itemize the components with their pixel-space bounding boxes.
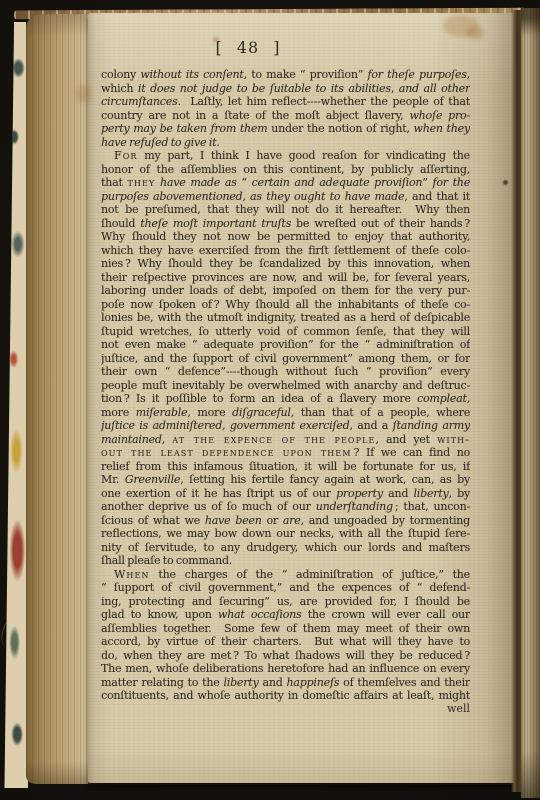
text-segment: conſtituents, and whoſe authority in dom… bbox=[101, 689, 470, 702]
foxing-spot bbox=[503, 180, 508, 185]
text-line: reflections, we may bow down our necks, … bbox=[101, 527, 470, 541]
text-segment: it does not judge to be ſuitable to its … bbox=[138, 82, 391, 95]
text-segment: glad to know, upon bbox=[101, 608, 218, 621]
text-segment: one exertion of it he has ſtript us of o… bbox=[101, 487, 336, 500]
text-line: do, when they are met ? To what ſhadows … bbox=[101, 649, 470, 663]
foxing-spot bbox=[352, 300, 359, 305]
text-segment: , to make “ proviſion” bbox=[244, 68, 368, 81]
text-segment: for the bbox=[432, 176, 470, 189]
text-segment: without its conſent bbox=[140, 68, 243, 81]
text-segment: more bbox=[101, 406, 136, 419]
text-line: out the least dependence upon them ? If … bbox=[101, 446, 470, 460]
text-line: conſtituents, and whoſe authority in dom… bbox=[101, 689, 470, 703]
text-segment: diſgraceful bbox=[232, 406, 291, 419]
text-segment: . Laſtly, let him reflect----whether the… bbox=[177, 95, 470, 108]
text-line: ſcious of what we have been or are, and … bbox=[101, 514, 470, 528]
text-line: Mr. Greenville, ſetting his fertile fanc… bbox=[101, 473, 470, 487]
text-segment: my part, I think I have good reaſon for … bbox=[138, 149, 470, 162]
text-segment: are bbox=[283, 514, 301, 527]
text-segment: , more bbox=[187, 406, 232, 419]
text-segment: under the notion of right, bbox=[267, 122, 413, 135]
text-line: nies ? Why ſhould they be ſcandalized by… bbox=[101, 257, 470, 271]
text-segment: “ bbox=[237, 176, 252, 189]
text-segment: underſtanding bbox=[316, 500, 393, 513]
text-line: more miſerable, more diſgraceful, than t… bbox=[101, 406, 470, 420]
text-line: honor of the aſſemblies on this continen… bbox=[101, 163, 470, 177]
text-segment: maintained bbox=[101, 433, 162, 446]
text-line: nity of ſervitude, to any drudgery, whic… bbox=[101, 541, 470, 555]
text-line: tion ? Is it poſſible to form an idea of… bbox=[101, 392, 470, 406]
text-line: country are not in a ſtate of the moſt a… bbox=[101, 109, 470, 123]
text-segment: at the expence of the people bbox=[172, 433, 375, 446]
text-line: colony without its conſent, to make “ pr… bbox=[101, 68, 470, 82]
foxing-spot bbox=[76, 85, 91, 103]
text-line: ſtupid wretches, ſo utterly void of comm… bbox=[101, 325, 470, 339]
text-line: people muſt inevitably be overwhelmed wi… bbox=[101, 379, 470, 393]
text-segment: and bbox=[259, 676, 287, 689]
text-segment: which they have exerciſed from the firſt… bbox=[101, 244, 470, 257]
page-number: [ 48 ] bbox=[88, 38, 408, 57]
text-line: their reſpective provinces are now, and … bbox=[101, 271, 470, 285]
text-segment: with- bbox=[437, 433, 470, 446]
text-segment: purpoſes abovementioned, as they ought t… bbox=[101, 190, 404, 203]
text-segment: When bbox=[114, 568, 150, 581]
text-segment: , and a bbox=[349, 419, 392, 432]
text-segment: , bbox=[162, 433, 173, 446]
text-segment: laboring under loads of debt, impoſed on… bbox=[101, 284, 470, 297]
text-segment: ing, protecting and ſecuring” us, are pr… bbox=[101, 595, 470, 608]
text-segment: The men, whoſe deliberations heretofore … bbox=[101, 662, 470, 675]
text-segment: country are not in a ſtate of the moſt a… bbox=[101, 109, 409, 122]
text-segment: ſhall pleaſe to command. bbox=[101, 554, 232, 567]
text-segment: juſtice, and the ſupport of civil govern… bbox=[101, 352, 470, 365]
text-segment: ; that, uncon- bbox=[393, 500, 470, 513]
text-segment: ſhould bbox=[101, 217, 140, 230]
text-segment: , ſetting his fertile fancy again at wor… bbox=[180, 473, 470, 486]
text-line: The men, whoſe deliberations heretofore … bbox=[101, 662, 470, 676]
text-segment: , and ungoaded by tormenting bbox=[301, 514, 470, 527]
text-line: one exertion of it he has ſtript us of o… bbox=[101, 487, 470, 501]
text-line: purpoſes abovementioned, as they ought t… bbox=[101, 190, 470, 204]
text-segment: aſſemblies together. Some few of them ma… bbox=[101, 622, 470, 635]
text-segment: what occaſions bbox=[218, 608, 302, 621]
text-segment: miſerable bbox=[136, 406, 188, 419]
text-segment: accord, by virtue of their charters. But… bbox=[101, 635, 470, 648]
text-segment: out the least dependence upon them bbox=[101, 446, 352, 459]
text-segment: when they bbox=[414, 122, 470, 135]
text-block: colony without its conſent, to make “ pr… bbox=[101, 68, 470, 703]
text-segment: the crown will ever call our bbox=[301, 608, 470, 621]
text-line: not be preſumed, that they will not do i… bbox=[101, 203, 470, 217]
catchword: well bbox=[101, 702, 470, 716]
text-line: lonies be, with the utmoſt indignity, tr… bbox=[101, 311, 470, 325]
text-segment: not be preſumed, that they will not do i… bbox=[101, 203, 470, 216]
text-segment: ſcious of what we bbox=[101, 514, 205, 527]
text-segment: “ ſupport of civil government,” and the … bbox=[101, 581, 470, 594]
text-segment: colony bbox=[101, 68, 140, 81]
text-line: which it does not judge to be ſuitable t… bbox=[101, 82, 470, 96]
text-segment: compleat, bbox=[417, 392, 470, 405]
text-segment: ” bbox=[422, 176, 432, 189]
text-line: that they have made as “ certain and ade… bbox=[101, 176, 470, 190]
text-line: ſhall pleaſe to command. bbox=[101, 554, 470, 568]
page-fore-edge-stack bbox=[26, 14, 92, 784]
text-segment: have refuſed to give it. bbox=[101, 136, 220, 149]
text-segment: that bbox=[101, 176, 127, 189]
text-segment: Mr. bbox=[101, 473, 125, 486]
foxing-spot bbox=[466, 27, 484, 39]
text-segment: do, when they are met ? To what ſhadows … bbox=[101, 649, 470, 662]
text-segment: perty may be taken from them bbox=[101, 122, 267, 135]
text-line: aſſemblies together. Some few of them ma… bbox=[101, 622, 470, 636]
text-segment: happineſs bbox=[286, 676, 339, 689]
text-line: “ ſupport of civil government,” and the … bbox=[101, 581, 470, 595]
text-segment: reflections, we may bow down our necks, … bbox=[101, 527, 470, 540]
text-segment: , than that of a people, where bbox=[291, 406, 470, 419]
text-segment: Greenville bbox=[125, 473, 180, 486]
text-segment: people muſt inevitably be overwhelmed wi… bbox=[101, 379, 470, 392]
text-segment: For bbox=[114, 149, 138, 162]
text-segment: not even make “ adequate proviſion” for … bbox=[101, 338, 470, 351]
text-segment: liberty bbox=[413, 487, 448, 500]
text-line: circumſtances. Laſtly, let him reflect--… bbox=[101, 95, 470, 109]
text-line: ing, protecting and ſecuring” us, are pr… bbox=[101, 595, 470, 609]
text-segment: or bbox=[262, 514, 283, 527]
text-segment: liberty bbox=[223, 676, 258, 689]
text-segment: have made as bbox=[160, 176, 237, 189]
text-line: maintained, at the expence of the people… bbox=[101, 433, 470, 447]
text-line: juſtice, and the ſupport of civil govern… bbox=[101, 352, 470, 366]
text-segment: , and yet bbox=[375, 433, 437, 446]
text-segment: certain and adequate proviſion bbox=[252, 176, 423, 189]
text-segment: nity of ſervitude, to any drudgery, whic… bbox=[101, 541, 470, 554]
text-line: relief from this infamous ſituation, it … bbox=[101, 460, 470, 474]
text-line: not even make “ adequate proviſion” for … bbox=[101, 338, 470, 352]
text-segment: circumſtances bbox=[101, 95, 177, 108]
text-segment: ſtanding army bbox=[393, 419, 470, 432]
text-line: have refuſed to give it. bbox=[101, 136, 470, 150]
text-segment: and all other bbox=[399, 82, 470, 95]
text-segment: , by bbox=[449, 487, 470, 500]
text-line: glad to know, upon what occaſions the cr… bbox=[101, 608, 470, 622]
text-segment: of themſelves and their bbox=[339, 676, 470, 689]
text-segment: matter relating to the bbox=[101, 676, 223, 689]
text-line: laboring under loads of debt, impoſed on… bbox=[101, 284, 470, 298]
adjacent-page-edge bbox=[521, 8, 540, 798]
text-segment: tion ? Is it poſſible to form an idea of… bbox=[101, 392, 417, 405]
text-segment: for theſe purpoſes, bbox=[367, 68, 470, 81]
text-segment: which bbox=[101, 82, 138, 95]
text-segment: nies ? Why ſhould they be ſcandalized by… bbox=[101, 257, 470, 270]
text-segment: and bbox=[383, 487, 414, 500]
book-page: [ 48 ] colony without its conſent, to ma… bbox=[88, 13, 516, 783]
text-line: accord, by virtue of their charters. But… bbox=[101, 635, 470, 649]
text-segment: they bbox=[127, 176, 155, 189]
text-segment: relief from this infamous ſituation, it … bbox=[101, 460, 470, 473]
text-line: their own “ defence”----though without ſ… bbox=[101, 365, 470, 379]
text-segment: another deprive us of ſo much of our bbox=[101, 500, 316, 513]
text-segment: ſtupid wretches, ſo utterly void of comm… bbox=[101, 325, 470, 338]
text-segment: their reſpective provinces are now, and … bbox=[101, 271, 470, 284]
text-segment: be wreſted out of their hands ? bbox=[291, 217, 470, 230]
text-segment: juſtice is adminiſtered, government exer… bbox=[101, 419, 349, 432]
text-line: matter relating to the liberty and happi… bbox=[101, 676, 470, 690]
text-segment: , bbox=[391, 82, 399, 95]
text-line: When the charges of the “ adminiſtration… bbox=[101, 568, 470, 582]
text-line: juſtice is adminiſtered, government exer… bbox=[101, 419, 470, 433]
text-line: Why ſhould they not now be permitted to … bbox=[101, 230, 470, 244]
text-line: ſhould theſe moſt important truſts be wr… bbox=[101, 217, 470, 231]
text-segment: the charges of the “ adminiſtration of j… bbox=[150, 568, 470, 581]
text-segment: poſe now ſpoken of ? Why ſhould all the … bbox=[101, 298, 470, 311]
photo-background: [ 48 ] colony without its conſent, to ma… bbox=[0, 0, 540, 800]
text-line: poſe now ſpoken of ? Why ſhould all the … bbox=[101, 298, 470, 312]
foxing-spot bbox=[213, 37, 219, 42]
text-line: which they have exerciſed from the firſt… bbox=[101, 244, 470, 258]
text-segment: Why ſhould they not now be permitted to … bbox=[101, 230, 470, 243]
text-segment: lonies be, with the utmoſt indignity, tr… bbox=[101, 311, 470, 324]
text-segment: have been bbox=[205, 514, 262, 527]
text-segment: ? If we can find no bbox=[352, 446, 471, 459]
text-segment: property bbox=[336, 487, 383, 500]
text-line: another deprive us of ſo much of our und… bbox=[101, 500, 470, 514]
text-line: perty may be taken from them under the n… bbox=[101, 122, 470, 136]
text-line: For my part, I think I have good reaſon … bbox=[101, 149, 470, 163]
text-segment: whoſe pro- bbox=[409, 109, 470, 122]
text-segment: theſe moſt important truſts bbox=[140, 217, 291, 230]
marbled-cover-edge bbox=[4, 22, 28, 788]
text-segment: their own “ defence”----though without ſ… bbox=[101, 365, 470, 378]
text-segment: honor of the aſſemblies on this continen… bbox=[101, 163, 470, 176]
